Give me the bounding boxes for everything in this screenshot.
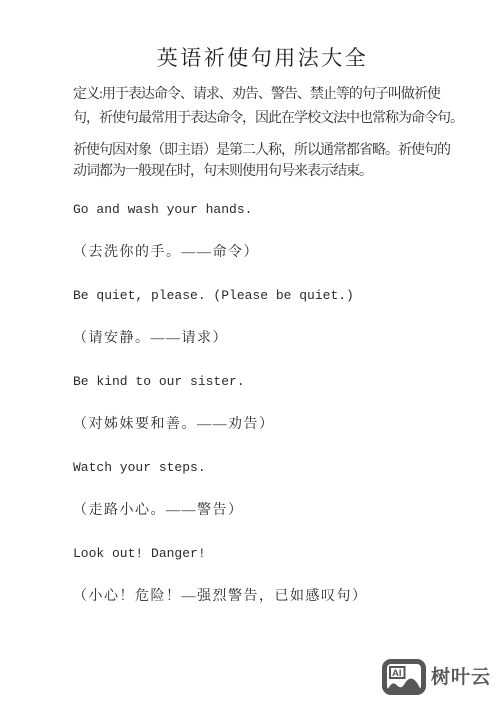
example-chinese-translation: （对姊妹要和善。——劝告） [73, 417, 452, 433]
example-chinese-translation: （小心！危险！—强烈警告，已如感叹句） [73, 589, 452, 605]
paragraph-line: 动词都为一般现在时，句末则使用句号来表示结束。 [73, 161, 452, 182]
paragraph-line: 祈使句因对象（即主语）是第二人称，所以通常都省略。祈使句的 [73, 140, 452, 161]
example-chinese-translation: （走路小心。——警告） [73, 503, 452, 519]
brand-name: 树叶云 [431, 668, 491, 687]
example-chinese-translation: （去洗你的手。——命令） [73, 245, 452, 261]
logo-ai-label: AI [392, 668, 402, 679]
definition-paragraph: 定义:用于表达命令、请求、劝告、警告、禁止等的句子叫做祈使 句，祈使句最常用于表… [73, 83, 452, 131]
paragraph-line: 定义:用于表达命令、请求、劝告、警告、禁止等的句子叫做祈使 [73, 83, 452, 107]
example-block: Watch your steps. （走路小心。——警告） [73, 460, 452, 519]
example-block: Look out! Danger! （小心！危险！—强烈警告，已如感叹句） [73, 546, 452, 605]
example-english-sentence: Watch your steps. [73, 460, 452, 476]
example-english-sentence: Be kind to our sister. [73, 374, 452, 390]
example-english-sentence: Be quiet, please. (Please be quiet.) [73, 288, 452, 304]
example-english-sentence: Go and wash your hands. [73, 202, 452, 218]
document-page: 英语祈使句用法大全 定义:用于表达命令、请求、劝告、警告、禁止等的句子叫做祈使 … [0, 0, 500, 605]
examples-list: Go and wash your hands. （去洗你的手。——命令） Be … [73, 202, 452, 605]
example-block: Be quiet, please. (Please be quiet.) （请安… [73, 288, 452, 347]
shuyeyun-logo-icon: AI [382, 659, 426, 695]
usage-paragraph: 祈使句因对象（即主语）是第二人称，所以通常都省略。祈使句的 动词都为一般现在时，… [73, 140, 452, 182]
page-title: 英语祈使句用法大全 [73, 46, 452, 70]
example-chinese-translation: （请安静。——请求） [73, 331, 452, 347]
example-block: Go and wash your hands. （去洗你的手。——命令） [73, 202, 452, 261]
brand-watermark: AI 树叶云 [382, 659, 491, 695]
paragraph-line: 句，祈使句最常用于表达命令，因此在学校文法中也常称为命令句。 [73, 107, 452, 131]
example-english-sentence: Look out! Danger! [73, 546, 452, 562]
example-block: Be kind to our sister. （对姊妹要和善。——劝告） [73, 374, 452, 433]
